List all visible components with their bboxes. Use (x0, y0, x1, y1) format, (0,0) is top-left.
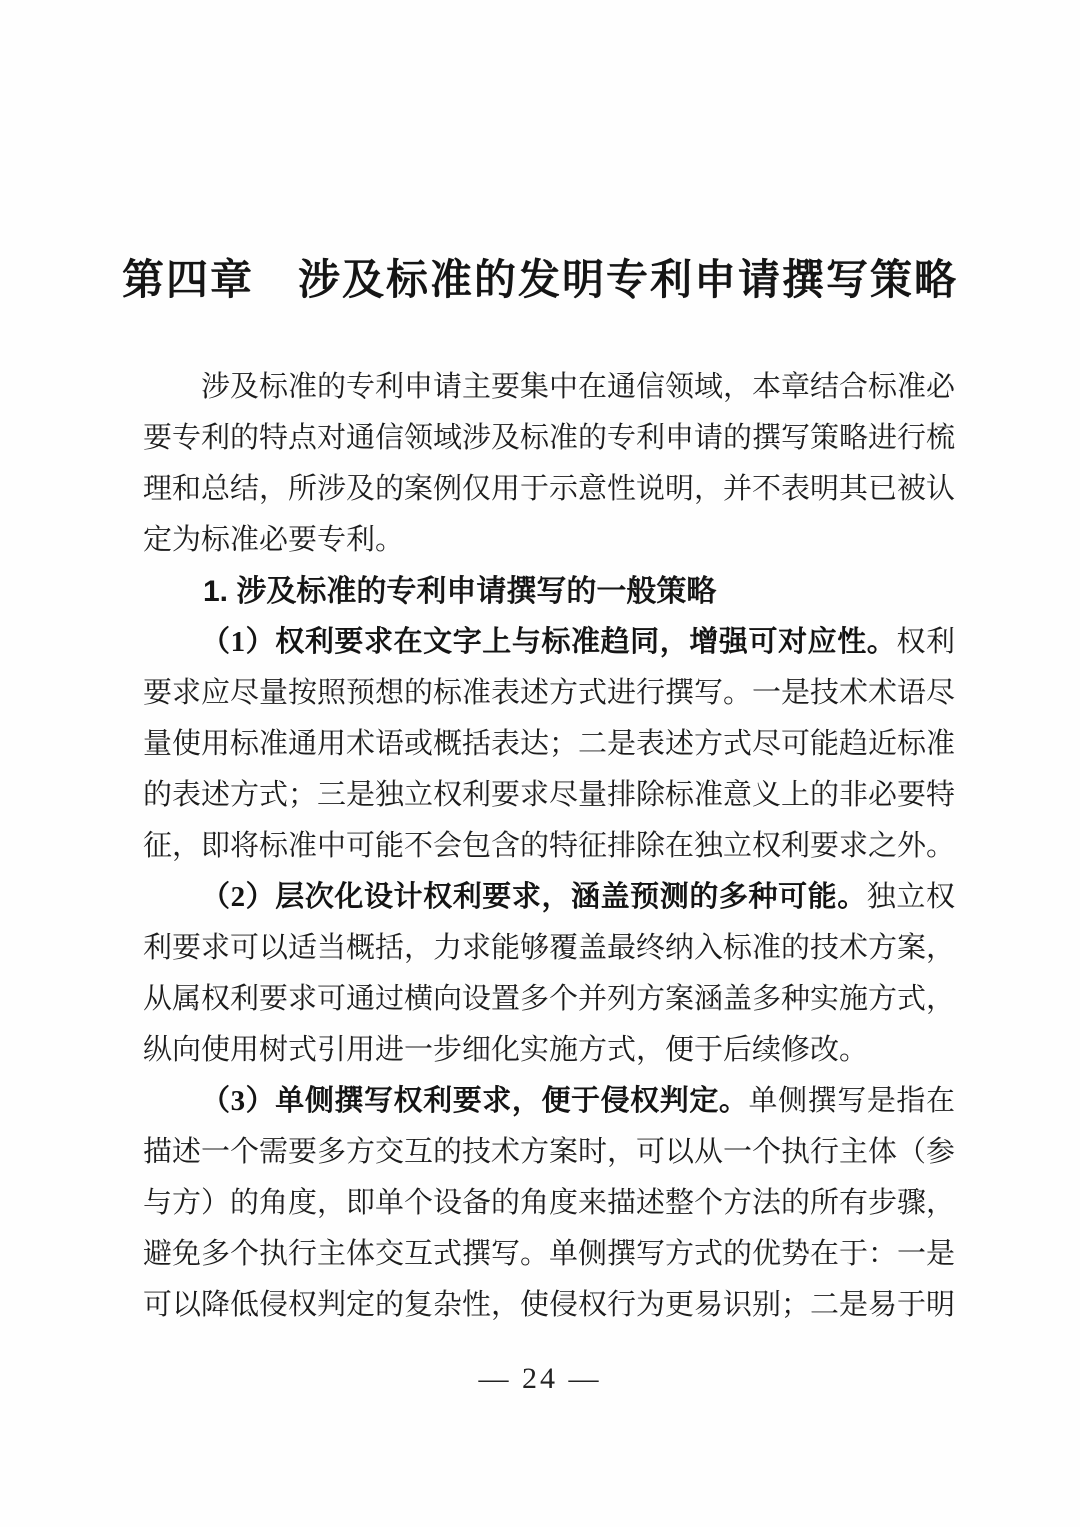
document-page: 第四章 涉及标准的发明专利申请撰写策略 涉及标准的专利申请主要集中在通信领域，本… (0, 0, 1080, 1527)
strategy-item-2-lead: （2）层次化设计权利要求，涵盖预测的多种可能。 (201, 881, 867, 913)
strategy-item-1-body: 权利要求应尽量按照预想的标准表述方式进行撰写。一是技术术语尽量使用标准通用术语或… (143, 626, 955, 862)
chapter-title: 第四章 涉及标准的发明专利申请撰写策略 (0, 0, 1080, 310)
intro-paragraph: 涉及标准的专利申请主要集中在通信领域，本章结合标准必要专利的特点对通信领域涉及标… (143, 362, 955, 566)
section-1-heading: 1. 涉及标准的专利申请撰写的一般策略 (143, 566, 955, 617)
strategy-item-1: （1）权利要求在文字上与标准趋同，增强可对应性。权利要求应尽量按照预想的标准表述… (143, 617, 955, 872)
strategy-item-1-lead: （1）权利要求在文字上与标准趋同，增强可对应性。 (201, 626, 896, 658)
strategy-item-3: （3）单侧撰写权利要求，便于侵权判定。单侧撰写是指在描述一个需要多方交互的技术方… (143, 1076, 955, 1331)
strategy-item-3-lead: （3）单侧撰写权利要求，便于侵权判定。 (201, 1085, 749, 1117)
page-number: — 24 — (0, 1362, 1080, 1396)
page-body: 涉及标准的专利申请主要集中在通信领域，本章结合标准必要专利的特点对通信领域涉及标… (143, 362, 955, 1331)
strategy-item-3-body: 单侧撰写是指在描述一个需要多方交互的技术方案时，可以从一个执行主体（参与方）的角… (143, 1085, 955, 1321)
strategy-item-2: （2）层次化设计权利要求，涵盖预测的多种可能。独立权利要求可以适当概括，力求能够… (143, 872, 955, 1076)
